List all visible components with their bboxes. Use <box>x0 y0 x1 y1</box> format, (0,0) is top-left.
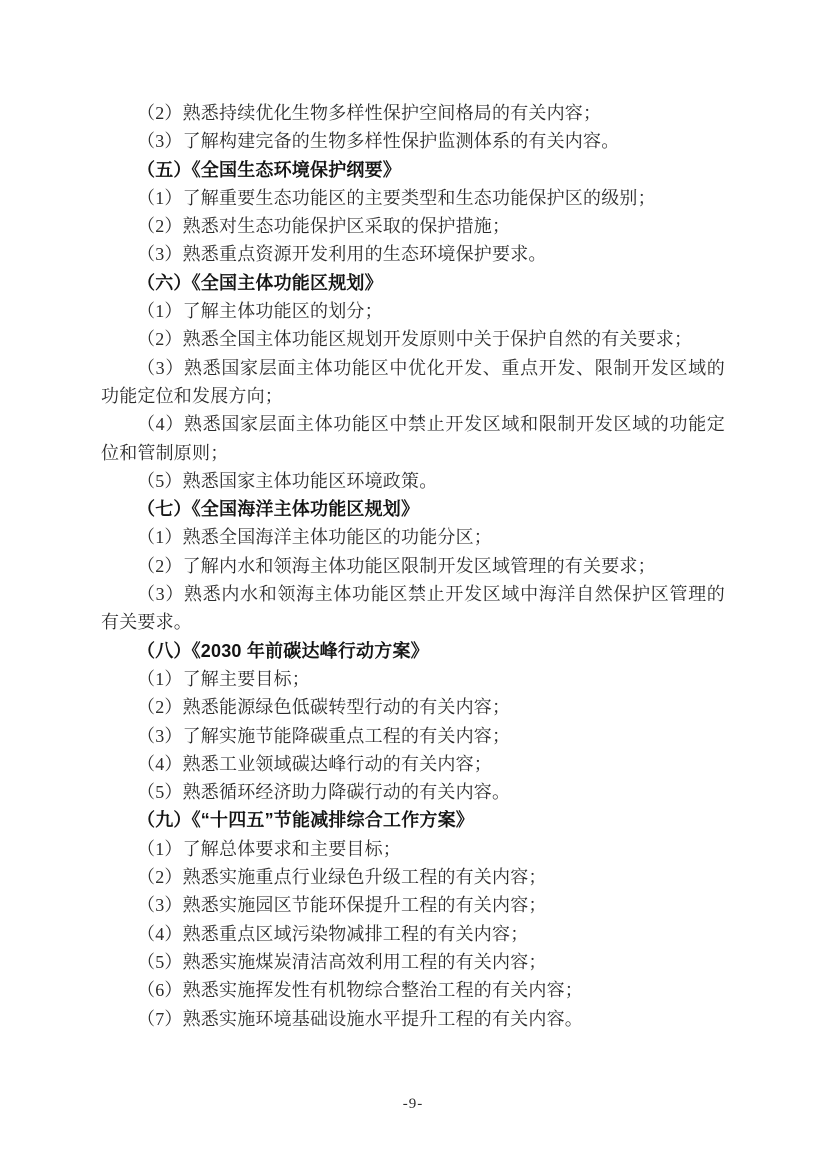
syllabus-item: （3）了解实施节能降碳重点工程的有关内容； <box>101 722 725 750</box>
section-heading: （七）《全国海洋主体功能区规划》 <box>101 495 725 523</box>
syllabus-item: （1）了解主要目标； <box>101 665 725 693</box>
syllabus-item: （5）熟悉循环经济助力降碳行动的有关内容。 <box>101 778 725 806</box>
syllabus-item: （1）了解总体要求和主要目标； <box>101 835 725 863</box>
syllabus-item: （3）熟悉重点资源开发利用的生态环境保护要求。 <box>101 240 725 268</box>
syllabus-item: （2）熟悉能源绿色低碳转型行动的有关内容； <box>101 693 725 721</box>
document-page: （2）熟悉持续优化生物多样性保护空间格局的有关内容；（3）了解构建完备的生物多样… <box>0 0 826 1169</box>
section-heading: （八）《2030 年前碳达峰行动方案》 <box>101 637 725 665</box>
syllabus-item: （1）熟悉全国海洋主体功能区的功能分区； <box>101 523 725 551</box>
page-footer: -9- <box>0 1095 826 1113</box>
syllabus-item: （3）熟悉国家层面主体功能区中优化开发、重点开发、限制开发区域的功能定位和发展方… <box>101 354 725 411</box>
syllabus-item: （2）熟悉对生态功能保护区采取的保护措施； <box>101 212 725 240</box>
section-heading: （五）《全国生态环境保护纲要》 <box>101 156 725 184</box>
syllabus-item: （3）了解构建完备的生物多样性保护监测体系的有关内容。 <box>101 127 725 155</box>
syllabus-item: （4）熟悉国家层面主体功能区中禁止开发区域和限制开发区域的功能定位和管制原则； <box>101 410 725 467</box>
syllabus-item: （4）熟悉重点区域污染物减排工程的有关内容； <box>101 920 725 948</box>
syllabus-item: （2）了解内水和领海主体功能区限制开发区域管理的有关要求； <box>101 552 725 580</box>
syllabus-item: （5）熟悉国家主体功能区环境政策。 <box>101 467 725 495</box>
syllabus-item: （6）熟悉实施挥发性有机物综合整治工程的有关内容； <box>101 976 725 1004</box>
syllabus-item: （1）了解重要生态功能区的主要类型和生态功能保护区的级别； <box>101 184 725 212</box>
syllabus-item: （1）了解主体功能区的划分； <box>101 297 725 325</box>
syllabus-item: （7）熟悉实施环境基础设施水平提升工程的有关内容。 <box>101 1005 725 1033</box>
syllabus-item: （2）熟悉持续优化生物多样性保护空间格局的有关内容； <box>101 99 725 127</box>
syllabus-item: （3）熟悉内水和领海主体功能区禁止开发区域中海洋自然保护区管理的有关要求。 <box>101 580 725 637</box>
syllabus-item: （3）熟悉实施园区节能环保提升工程的有关内容； <box>101 891 725 919</box>
syllabus-item: （2）熟悉全国主体功能区规划开发原则中关于保护自然的有关要求； <box>101 325 725 353</box>
syllabus-item: （5）熟悉实施煤炭清洁高效利用工程的有关内容； <box>101 948 725 976</box>
page-number: -9- <box>403 1096 424 1112</box>
syllabus-item: （4）熟悉工业领域碳达峰行动的有关内容； <box>101 750 725 778</box>
section-heading: （六）《全国主体功能区规划》 <box>101 269 725 297</box>
section-heading: （九）《“十四五”节能减排综合工作方案》 <box>101 806 725 834</box>
syllabus-item: （2）熟悉实施重点行业绿色升级工程的有关内容； <box>101 863 725 891</box>
document-content: （2）熟悉持续优化生物多样性保护空间格局的有关内容；（3）了解构建完备的生物多样… <box>101 99 725 1033</box>
